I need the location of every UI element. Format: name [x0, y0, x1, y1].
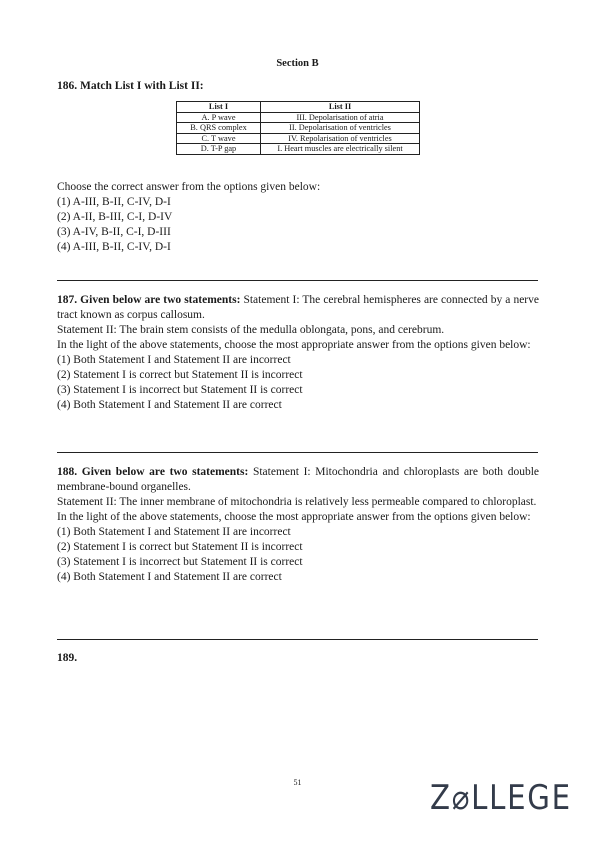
question-189-heading: 189. [57, 652, 77, 664]
option: (2) Statement I is correct but Statement… [57, 540, 539, 555]
table-row: B. QRS complex II. Depolarisation of ven… [177, 123, 420, 134]
table-cell: D. T-P gap [177, 144, 261, 155]
table-cell: I. Heart muscles are electrically silent [261, 144, 420, 155]
option: (4) Both Statement I and Statement II ar… [57, 570, 539, 585]
divider [57, 639, 538, 640]
option: (3) Statement I is incorrect but Stateme… [57, 555, 539, 570]
question-186-heading: 186. Match List I with List II: [57, 80, 204, 92]
brand-logo: Z⌀LLEGE [430, 778, 572, 818]
table-cell: III. Depolarisation of atria [261, 112, 420, 123]
option: (4) Both Statement I and Statement II ar… [57, 398, 539, 413]
question-188-prompt: In the light of the above statements, ch… [57, 510, 539, 525]
table-cell: IV. Repolarisation of ventricles [261, 133, 420, 144]
section-title: Section B [0, 58, 595, 69]
question-187-heading: 187. Given below are two statements: [57, 294, 240, 306]
table-cell: A. P wave [177, 112, 261, 123]
question-187: 187. Given below are two statements: Sta… [57, 293, 539, 413]
option: (1) A-III, B-II, C-IV, D-I [57, 195, 539, 210]
question-187-prompt: In the light of the above statements, ch… [57, 338, 539, 353]
option: (4) A-III, B-II, C-IV, D-I [57, 240, 539, 255]
option: (3) Statement I is incorrect but Stateme… [57, 383, 539, 398]
table-row: D. T-P gap I. Heart muscles are electric… [177, 144, 420, 155]
table-row: A. P wave III. Depolarisation of atria [177, 112, 420, 123]
question-186-prompt: Choose the correct answer from the optio… [57, 180, 539, 195]
list-1-header: List I [177, 102, 261, 113]
match-table-header: List I List II [177, 102, 420, 113]
option: (1) Both Statement I and Statement II ar… [57, 525, 539, 540]
table-row: C. T wave IV. Repolarisation of ventricl… [177, 133, 420, 144]
table-cell: C. T wave [177, 133, 261, 144]
option: (2) Statement I is correct but Statement… [57, 368, 539, 383]
question-186-options: Choose the correct answer from the optio… [57, 180, 539, 255]
question-188: 188. Given below are two statements: Sta… [57, 465, 539, 585]
divider [57, 452, 538, 453]
option: (2) A-II, B-III, C-I, D-IV [57, 210, 539, 225]
option: (3) A-IV, B-II, C-I, D-III [57, 225, 539, 240]
option: (1) Both Statement I and Statement II ar… [57, 353, 539, 368]
match-table: List I List II A. P wave III. Depolarisa… [176, 101, 420, 155]
table-cell: II. Depolarisation of ventricles [261, 123, 420, 134]
table-cell: B. QRS complex [177, 123, 261, 134]
statement-2: Statement II: The inner membrane of mito… [57, 495, 539, 510]
divider [57, 280, 538, 281]
statement-2: Statement II: The brain stem consists of… [57, 323, 539, 338]
list-2-header: List II [261, 102, 420, 113]
question-188-heading: 188. Given below are two statements: [57, 466, 248, 478]
